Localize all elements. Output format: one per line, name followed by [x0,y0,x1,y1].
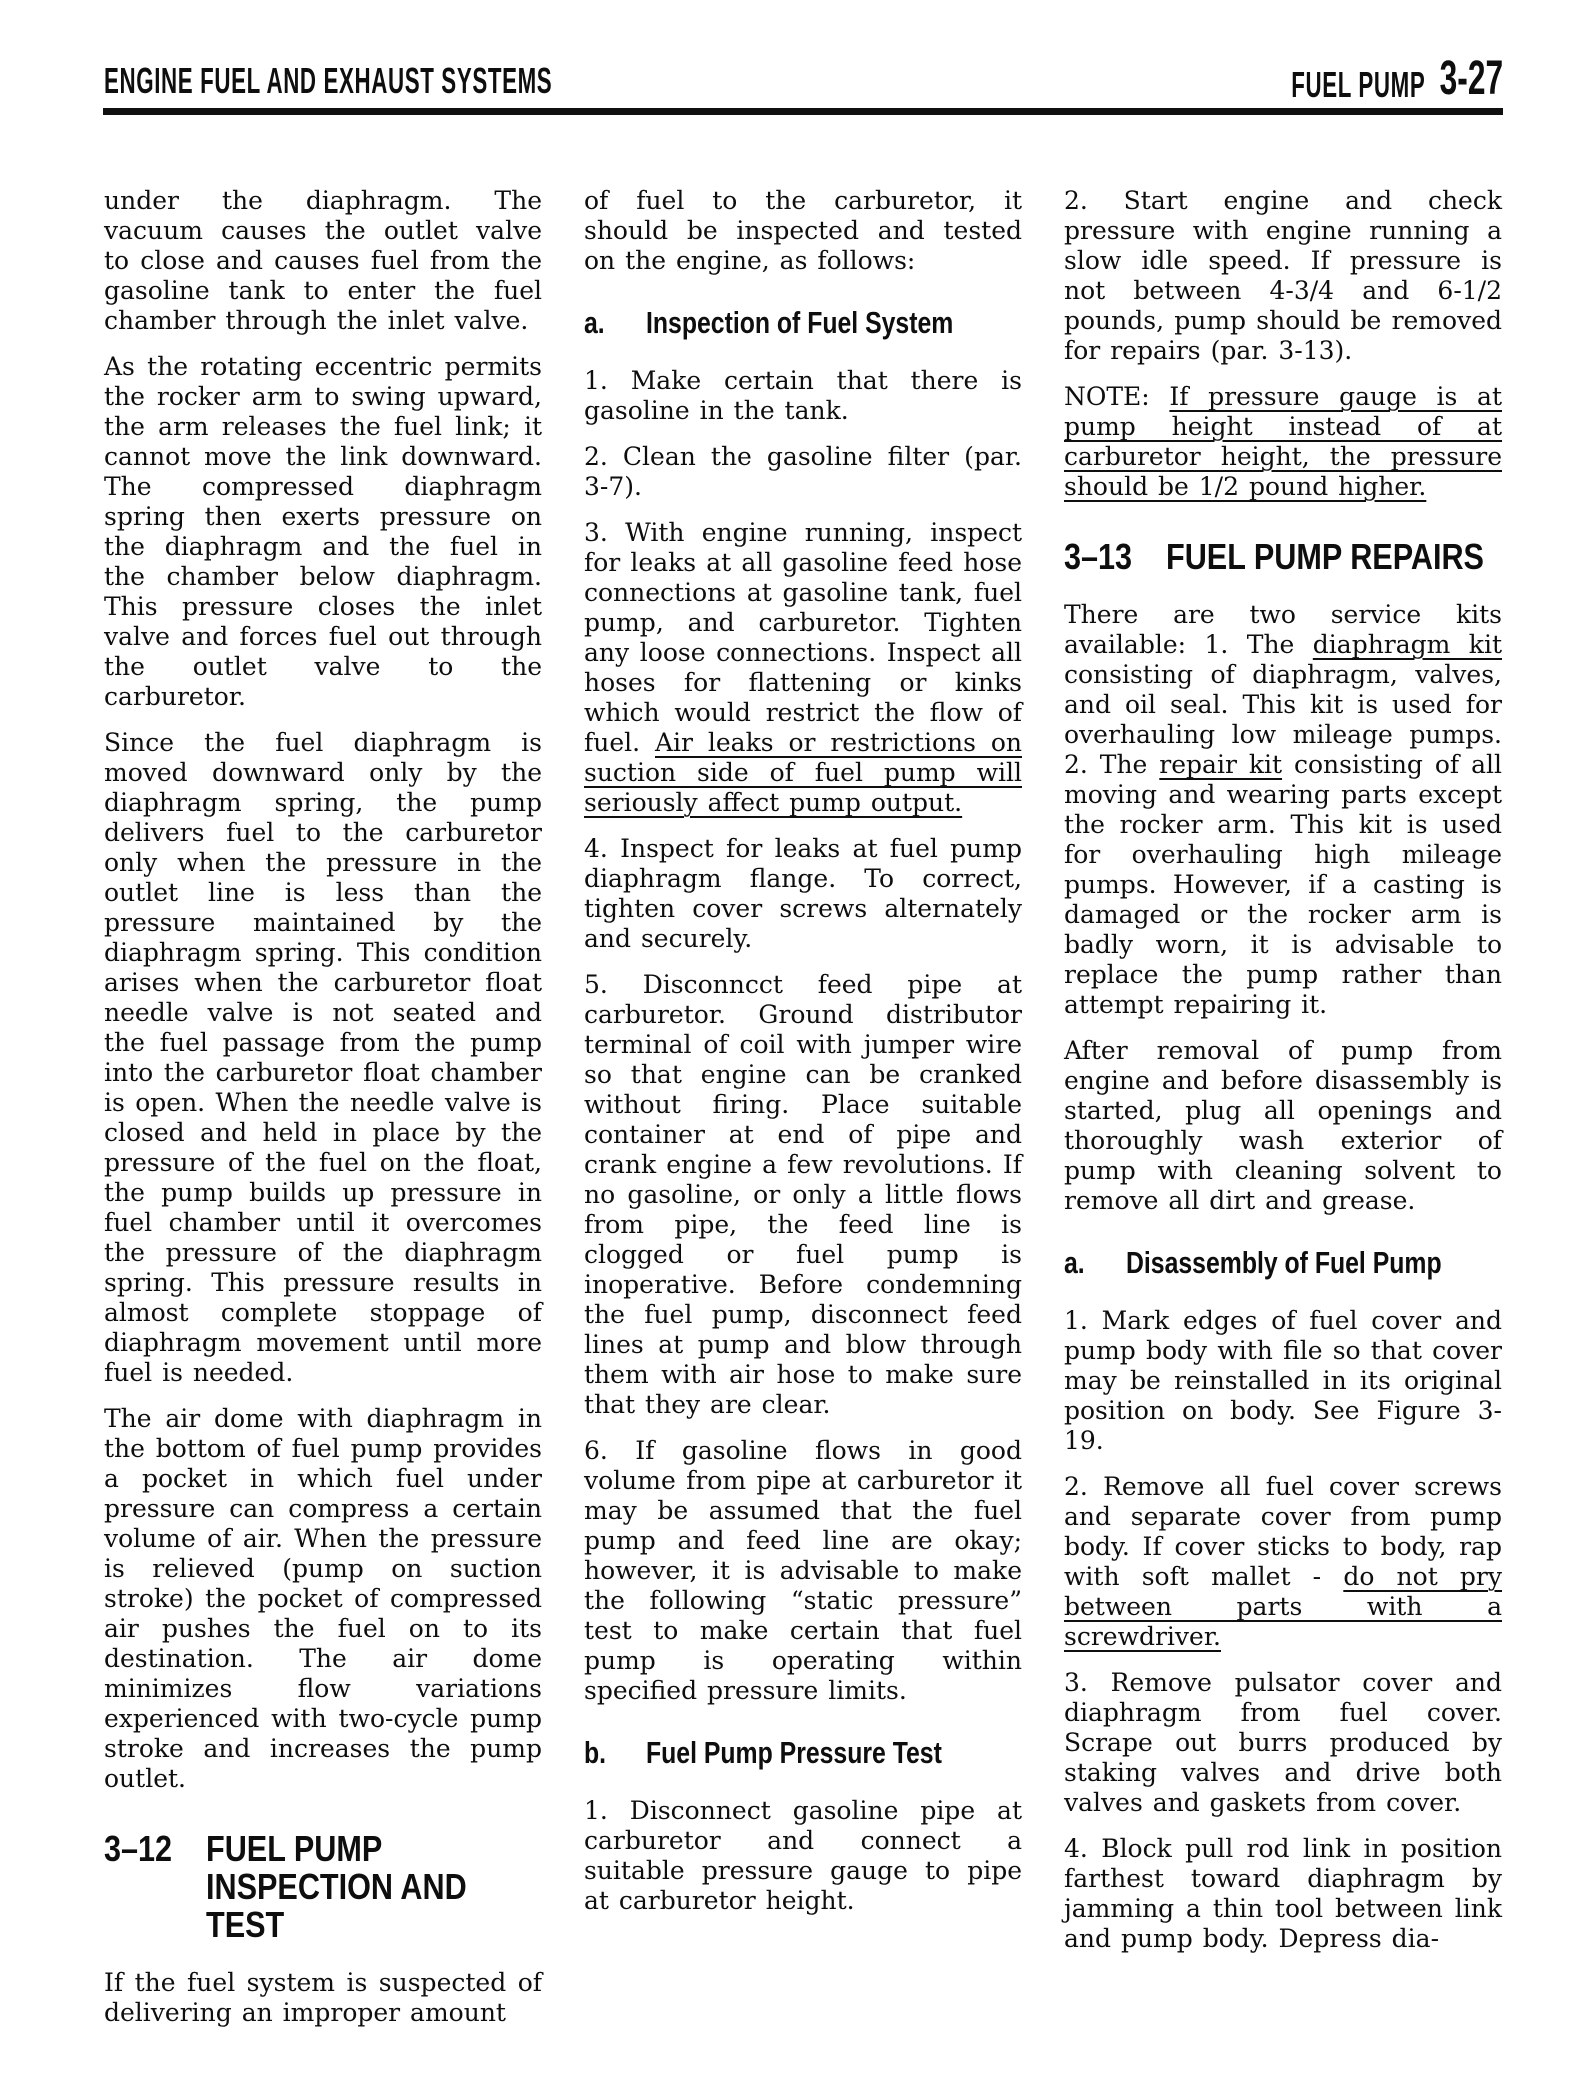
paragraph: 5. Disconncct feed pipe at carburetor. G… [584,970,1022,1420]
section-heading: 3–12FUEL PUMPINSPECTION ANDTEST [104,1830,542,1944]
paragraph: NOTE: If pressure gauge is at pump heigh… [1064,382,1502,502]
text-run: The air dome with diaphragm in the botto… [104,1404,542,1793]
text-run: 1. Disconnect gasoline pipe at carbureto… [584,1796,1022,1915]
text-run: 3. With engine running, inspect for leak… [584,518,1022,757]
sub-heading: a.Inspection of Fuel System [584,306,1022,340]
paragraph: 1. Mark edges of fuel cover and pump bod… [1064,1306,1502,1456]
paragraph: 2. Start engine and check pressure with … [1064,186,1502,366]
manual-page: { "header": { "left_title": "ENGINE FUEL… [0,0,1575,2089]
sub-heading-title: Inspection of Fuel System [646,306,953,340]
text-run: As the rotating eccentric permits the ro… [104,352,542,711]
paragraph: There are two service kits available: 1.… [1064,600,1502,1020]
header-page-number: 3-27 [1440,54,1503,104]
section-title: FUEL PUMP REPAIRS [1166,538,1540,576]
text-run: 1. Make certain that there is gasoline i… [584,366,1022,425]
paragraph: under the diaphragm. The vacuum causes t… [104,186,542,336]
section-title-line: TEST [206,1906,467,1944]
text-run: 4. Inspect for leaks at fuel pump diaphr… [584,834,1022,953]
paragraph: 2. Clean the gasoline filter (par. 3-7). [584,442,1022,502]
paragraph: 4. Block pull rod link in position farth… [1064,1834,1502,1954]
header-rule [103,108,1503,115]
text-run: 4. Block pull rod link in position farth… [1064,1834,1502,1953]
underlined-text: repair kit [1159,750,1282,779]
text-run: Since the fuel diaphragm is moved downwa… [104,728,542,1387]
paragraph: 2. Remove all fuel cover screws and sepa… [1064,1472,1502,1652]
text-run: of fuel to the carburetor, it should be … [584,186,1022,275]
column-right: 2. Start engine and check pressure with … [1064,186,1502,1970]
text-run: 6. If gasoline flows in good volume from… [584,1436,1022,1705]
paragraph: Since the fuel diaphragm is moved downwa… [104,728,542,1388]
sub-heading: b.Fuel Pump Pressure Test [584,1736,1022,1770]
paragraph: 6. If gasoline flows in good volume from… [584,1436,1022,1706]
paragraph: 3. With engine running, inspect for leak… [584,518,1022,818]
header-section-title: FUEL PUMP [1291,66,1425,104]
text-run: After removal of pump from engine and be… [1064,1036,1502,1215]
paragraph: of fuel to the carburetor, it should be … [584,186,1022,276]
underlined-text: diaphragm kit [1313,630,1502,659]
paragraph: If the fuel system is suspected of deliv… [104,1968,542,2028]
paragraph: After removal of pump from engine and be… [1064,1036,1502,1216]
section-title-line: INSPECTION AND [206,1868,467,1906]
paragraph: As the rotating eccentric permits the ro… [104,352,542,712]
sub-heading-title: Disassembly of Fuel Pump [1126,1246,1442,1280]
section-number: 3–13 [1064,538,1151,576]
section-heading: 3–13FUEL PUMP REPAIRS [1064,538,1502,576]
text-run: 5. Disconncct feed pipe at carburetor. G… [584,970,1022,1419]
section-title-line: FUEL PUMP [206,1830,467,1868]
sub-heading-letter: b. [584,1736,634,1770]
text-columns: under the diaphragm. The vacuum causes t… [104,186,1502,2044]
section-title: FUEL PUMPINSPECTION ANDTEST [206,1830,513,1944]
column-middle: of fuel to the carburetor, it should be … [584,186,1022,1932]
section-title-line: FUEL PUMP REPAIRS [1166,538,1484,576]
header-left-title: ENGINE FUEL AND EXHAUST SYSTEMS [104,62,552,100]
paragraph: The air dome with diaphragm in the botto… [104,1404,542,1794]
paragraph: 3. Remove pulsator cover and diaphragm f… [1064,1668,1502,1818]
text-run: consisting of all moving and wearing par… [1064,750,1502,1019]
sub-heading-letter: a. [1064,1246,1114,1280]
paragraph: 4. Inspect for leaks at fuel pump diaphr… [584,834,1022,954]
sub-heading-letter: a. [584,306,634,340]
column-left: under the diaphragm. The vacuum causes t… [104,186,542,2044]
text-run: 2. Start engine and check pressure with … [1064,186,1502,365]
sub-heading: a.Disassembly of Fuel Pump [1064,1246,1502,1280]
text-run: under the diaphragm. The vacuum causes t… [104,186,542,335]
sub-heading-title: Fuel Pump Pressure Test [646,1736,942,1770]
paragraph: 1. Disconnect gasoline pipe at carbureto… [584,1796,1022,1916]
paragraph: 1. Make certain that there is gasoline i… [584,366,1022,426]
text-run: 2. Clean the gasoline filter (par. 3-7). [584,442,1022,501]
text-run: If the fuel system is suspected of deliv… [104,1968,542,2027]
section-number: 3–12 [104,1830,191,1944]
text-run: NOTE: [1064,382,1169,411]
text-run: 3. Remove pulsator cover and diaphragm f… [1064,1668,1502,1817]
text-run: 1. Mark edges of fuel cover and pump bod… [1064,1306,1502,1455]
